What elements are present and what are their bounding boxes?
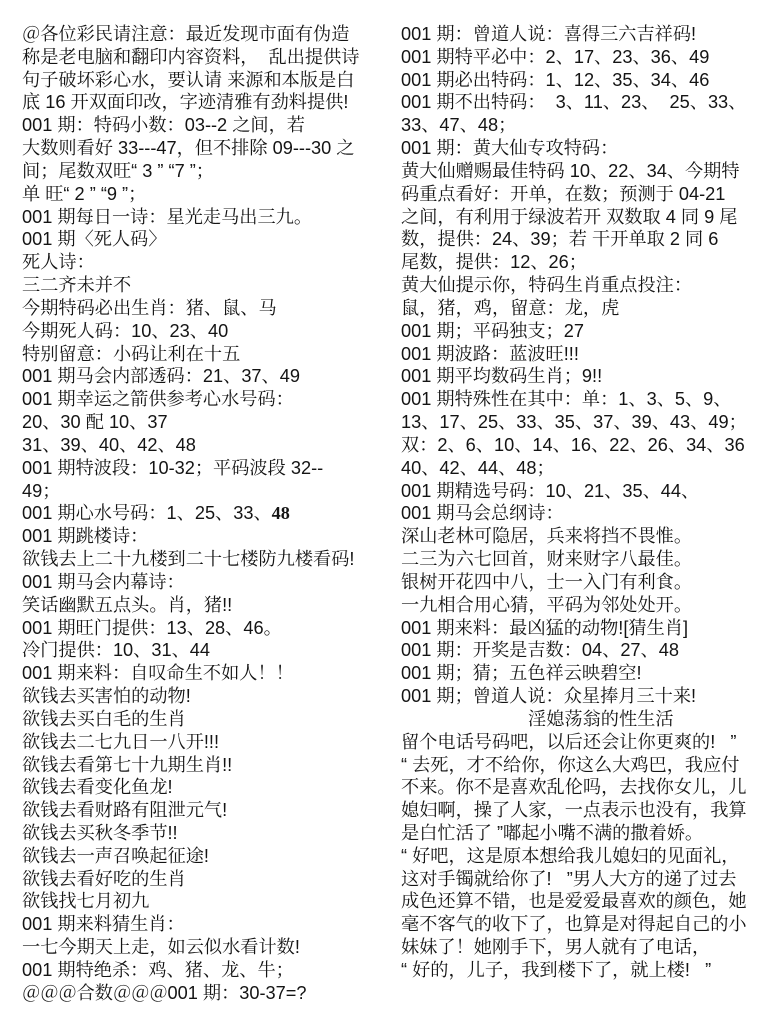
left-column: ＠各位彩民请注意：最近发现市面有伪造 称是老电脑和翻印内容资料， 乱出提供诗 句… [22,23,382,1005]
text-line: 001 期：开奖是吉数：04、27、48 [401,639,761,662]
text-line: 33、47、48； [401,114,761,137]
text-line: 三二齐未并不 [22,274,382,297]
text-line: 冷门提供：10、31、44 [22,639,382,662]
text-line: 深山老林可隐居，兵来将挡不畏惟。 [401,525,761,548]
story-line: 成色还算不错，也是爱爱最喜欢的颜色，她 [401,890,761,913]
text-line: 001 期特平必中：2、17、23、36、49 [401,46,761,69]
text-line: 001 期不出特码： 3、11、23、 25、33、 [401,91,761,114]
text-line: 黄大仙赠赐最佳特码 10、22、34、今期特 [401,160,761,183]
text-line: 001 期；猜；五色祥云映碧空! [401,662,761,685]
text-line: 001 期马会总纲诗： [401,502,761,525]
story-line: “ 去死，才不给你，你这么大鸡巴，我应付 [401,754,761,777]
text-line: 001 期精选号码：10、21、35、44、 [401,480,761,503]
text-line: ＠各位彩民请注意：最近发现市面有伪造 [22,23,382,46]
text-line: 001 期；平码独支；27 [401,320,761,343]
line-text: 001 期心水号码：1、25、33、 [22,503,272,523]
story-line: 这对手镯就给你了! ”男人大方的递了过去 [401,868,761,891]
text-line: 欲钱去一声召唤起征途! [22,845,382,868]
text-line: ＠＠＠合数＠＠＠001 期：30-37=? [22,982,382,1005]
document-page: ＠各位彩民请注意：最近发现市面有伪造 称是老电脑和翻印内容资料， 乱出提供诗 句… [0,0,768,1024]
story-line: 妹妹了！她刚手下，男人就有了电话， [401,936,761,959]
text-line: 001 期特殊性在其中：单：1、3、5、9、 [401,388,761,411]
story-line: 媳妇啊，操了人家，一点表示也没有，我算 [401,799,761,822]
story-line: 不来。你不是喜欢乱伦吗，去找你女儿，儿 [401,776,761,799]
text-line: 001 期来料猜生肖： [22,913,382,936]
text-line: 001 期幸运之箭供参考心水号码： [22,388,382,411]
text-line: 001 期跳楼诗： [22,525,382,548]
story-line: 毫不客气的收下了，也算是对得起自己的小 [401,913,761,936]
text-line: 之间，有利用于绿波若开 双数取 4 同 9 尾 [401,206,761,229]
text-line: 001 期特波段：10-32；平码波段 32-- [22,457,382,480]
text-line: 欲钱去买白毛的生肖 [22,708,382,731]
text-line: 001 期特绝杀：鸡、猪、龙、牛； [22,959,382,982]
text-line: 欲钱找七月初九 [22,890,382,913]
text-line: 二三为六七回首，财来财字八最佳。 [401,548,761,571]
text-line: 鼠，猪，鸡，留意：龙，虎 [401,297,761,320]
text-line: 死人诗： [22,251,382,274]
text-line: 欲钱去买秋冬季节!! [22,822,382,845]
text-line: 欲钱去看好吃的生肖 [22,868,382,891]
text-line: 码重点看好：开单，在数；预测于 04-21 [401,183,761,206]
text-line: 欲钱去上二十九楼到二十七楼防九楼看码! [22,548,382,571]
text-line: 句子破坏彩心水，要认请 来源和本版是白 [22,69,382,92]
story-line: “ 好的，儿子，我到楼下了，就上楼! ” [401,959,761,982]
text-line: 欲钱去看变化鱼龙! [22,776,382,799]
right-column: 001 期：曾道人说：喜得三六吉祥码! 001 期特平必中：2、17、23、36… [401,23,761,982]
text-line: 001 期必出特码：1、12、35、34、46 [401,69,761,92]
story-line: 留个电话号码吧，以后还会让你更爽的! ” [401,731,761,754]
bold-number: 48 [272,503,290,523]
text-line: 001 期每日一诗：星光走马出三九。 [22,206,382,229]
text-line: 单 旺“ 2 ” “9 ”； [22,183,382,206]
text-line: 001 期：黄大仙专攻特码： [401,137,761,160]
text-line: 001 期旺门提供：13、28、46。 [22,617,382,640]
text-line: 底 16 开双面印改，字迹清雅有劲料提供! [22,91,382,114]
text-line: 银树开花四中八，士一入门有利食。 [401,571,761,594]
text-line: 001 期〈死人码〉 [22,228,382,251]
text-line: 001 期：特码小数：03--2 之间，若 [22,114,382,137]
text-line: 一七今期天上走，如云似水看计数! [22,936,382,959]
text-line: 40、42、44、48； [401,457,761,480]
text-line: 001 期马会内部透码：21、37、49 [22,365,382,388]
text-line: 001 期：曾道人说：喜得三六吉祥码! [401,23,761,46]
story-line: 是白忙活了 ”嘟起小嘴不满的撒着娇。 [401,822,761,845]
text-line: 31、39、40、42、48 [22,434,382,457]
text-line: 称是老电脑和翻印内容资料， 乱出提供诗 [22,46,382,69]
text-line: 双：2、6、10、14、16、22、26、34、36 [401,434,761,457]
text-line: 欲钱去看第七十九期生肖!! [22,754,382,777]
text-line: 黄大仙提示你，特码生肖重点投注： [401,274,761,297]
text-line: 49； [22,480,382,503]
text-line: 001 期；曾道人说：众星捧月三十来! [401,685,761,708]
text-line: 尾数，提供：12、26； [401,251,761,274]
text-line: 13、17、25、33、35、37、39、43、49； [401,411,761,434]
text-line: 20、30 配 10、37 [22,411,382,434]
text-line: 间；尾数双旺“ 3 ” “7 ”； [22,160,382,183]
text-line: 001 期心水号码：1、25、33、48 [22,502,382,525]
text-line: 001 期波路：蓝波旺!!! [401,343,761,366]
text-line: 一九相合用心猜，平码为邻处处开。 [401,594,761,617]
text-line: 001 期来料：自叹命生不如人！！ [22,662,382,685]
text-line: 数，提供：24、39；若 干开单取 2 同 6 [401,228,761,251]
text-line: 今期死人码：10、23、40 [22,320,382,343]
text-line: 欲钱去二七九日一八开!!! [22,731,382,754]
text-line: 001 期平均数码生肖；9!! [401,365,761,388]
text-line: 特别留意：小码让利在十五 [22,343,382,366]
text-line: 欲钱去买害怕的动物! [22,685,382,708]
story-line: “ 好吧，这是原本想给我儿媳妇的见面礼， [401,845,761,868]
text-line: 今期特码必出生肖：猪、鼠、马 [22,297,382,320]
text-line: 笑话幽默五点头。肖，猪!! [22,594,382,617]
story-title: 淫媳荡翁的性生活 [401,708,761,731]
text-line: 001 期来料：最凶猛的动物![猜生肖] [401,617,761,640]
text-line: 001 期马会内幕诗： [22,571,382,594]
text-line: 大数则看好 33---47，但不排除 09---30 之 [22,137,382,160]
text-line: 欲钱去看财路有阻泄元气! [22,799,382,822]
